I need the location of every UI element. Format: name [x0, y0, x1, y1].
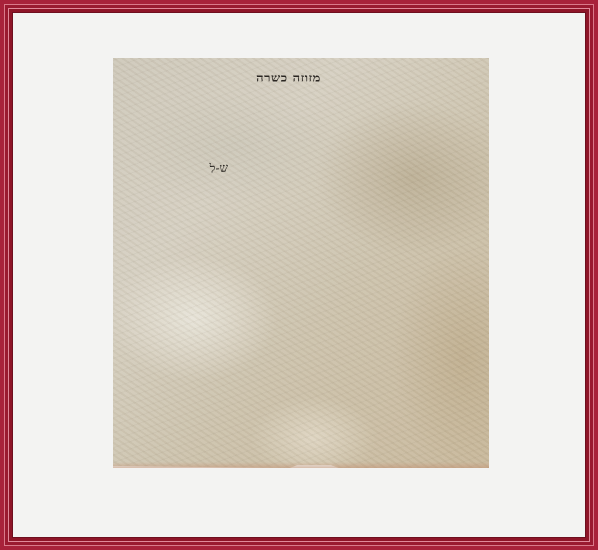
parchment-header-inscription: מזוזה כשרה — [226, 71, 351, 85]
parchment-sheet — [113, 58, 489, 468]
parchment-bottom-edge — [113, 462, 489, 468]
